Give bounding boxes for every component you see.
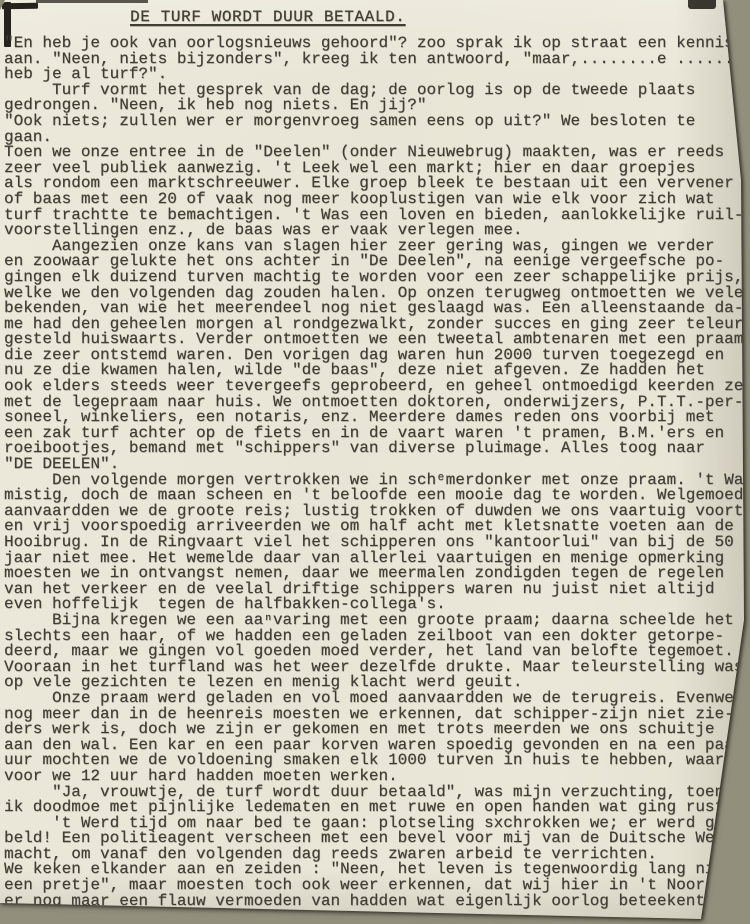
typewritten-body-text: "En heb je ook van oorlogsnieuws gehoord… <box>4 36 750 909</box>
scan-edge-mark-top-strip <box>36 0 148 3</box>
scan-edge-mark-top-right <box>688 0 716 9</box>
document-paper: DE TURF WORDT DUUR BETAALD. "En heb je o… <box>0 0 750 924</box>
paper-shadow-wrap: DE TURF WORDT DUUR BETAALD. "En heb je o… <box>0 0 750 924</box>
document-title: DE TURF WORDT DUUR BETAALD. <box>130 8 405 26</box>
scan-background: DE TURF WORDT DUUR BETAALD. "En heb je o… <box>0 0 750 924</box>
